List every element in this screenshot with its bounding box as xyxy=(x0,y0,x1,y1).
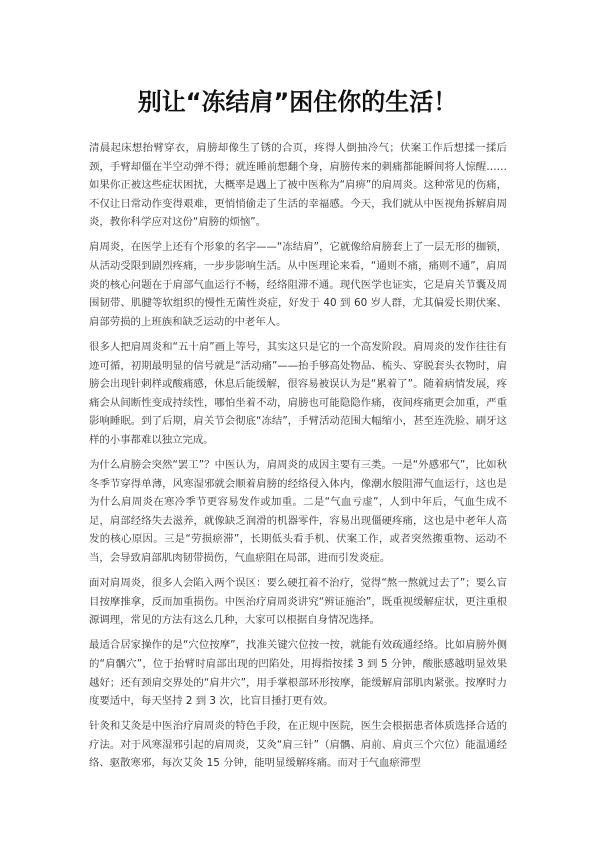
paragraph-intro: 清晨起床想抬臂穿衣，肩膀却像生了锈的合页，疼得人倒抽冷气；伏案工作后想揉一揉后颈… xyxy=(89,139,507,232)
paragraph-misconceptions: 面对肩周炎，很多人会陷入两个误区：要么硬扛着不治疗，觉得“熬一熬就过去了”；要么… xyxy=(89,574,507,630)
paragraph-acupuncture: 针灸和艾灸是中医治疗肩周炎的特色手段，在正规中医院，医生会根据患者体质选择合适的… xyxy=(89,717,507,773)
document-body: 清晨起床想抬臂穿衣，肩膀却像生了锈的合页，疼得人倒抽冷气；伏案工作后想揉一揉后颈… xyxy=(89,139,507,780)
paragraph-definition: 肩周炎，在医学上还有个形象的名字——“冻结肩”，它就像给肩膀套上了一层无形的枷锁… xyxy=(89,238,507,331)
paragraph-causes: 为什么肩膀会突然“罢工”？中医认为，肩周炎的成因主要有三类。一是“外感邪气”，比… xyxy=(89,456,507,568)
document-page: 别让“冻结肩”困住你的生活！ 清晨起床想抬臂穿衣，肩膀却像生了锈的合页，疼得人倒… xyxy=(0,0,595,842)
document-title: 别让“冻结肩”困住你的生活！ xyxy=(0,86,595,118)
paragraph-symptoms: 很多人把肩周炎和“五十肩”画上等号，其实这只是它的一个高发阶段。肩周炎的发作往往… xyxy=(89,338,507,450)
paragraph-acupressure: 最适合居家操作的是“穴位按摩”，找准关键穴位按一按，就能有效疏通经络。比如肩膀外… xyxy=(89,636,507,710)
